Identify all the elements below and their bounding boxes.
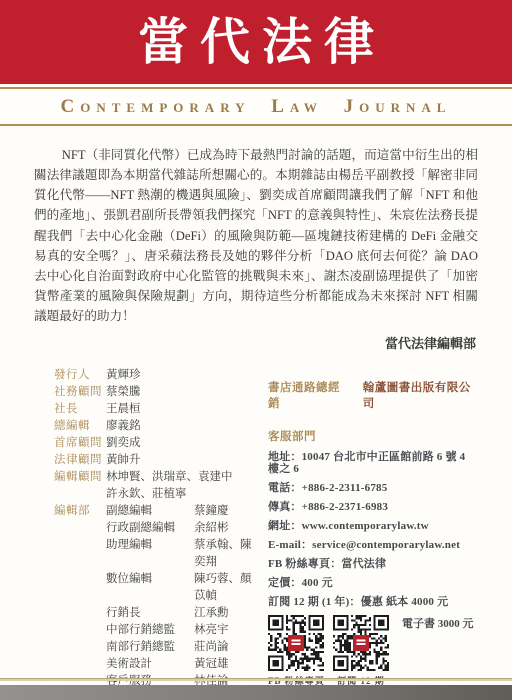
service-column: 書店通路總經銷 翰蘆圖書出版有限公司 客服部門 地址：10047 台北市中正區館…	[260, 367, 478, 700]
staff-value: 劉奕成	[106, 435, 260, 452]
dept-name: 蔡鐘慶	[194, 503, 229, 520]
dept-role: 行政副總編輯	[106, 520, 194, 537]
editorial-dept-rows: 副總編輯 蔡鐘慶 行政副總編輯 余紹彬 助理編輯 蔡承翰、陳奕翔 數位編輯 陳巧…	[106, 503, 260, 690]
magazine-colophon-page: { "colors": { "brand_red": "#c01f2e", "g…	[0, 0, 512, 700]
service-ebook-price: 電子書 3000 元	[402, 615, 474, 631]
dept-row: 行政副總編輯 余紹彬	[106, 520, 260, 537]
page-body: NFT（非同質化代幣）已成為時下最熱門討論的話題，而這當中衍生出的相關法律議題即…	[0, 126, 512, 700]
editorial-signature: 當代法律編輯部	[34, 333, 476, 352]
service-dept-heading: 客服部門	[268, 428, 478, 444]
staff-label: 社長	[54, 401, 106, 418]
journal-subtitle-strip: Contemporary Law Journal	[0, 87, 512, 126]
dept-row: 美術設計 黃冠雄	[106, 656, 260, 673]
staff-label	[54, 486, 106, 503]
editorial-intro-paragraph: NFT（非同質化代幣）已成為時下最熱門討論的話題，而這當中衍生出的相關法律議題即…	[34, 145, 478, 326]
staff-row-president: 社長 王晨桓	[54, 401, 260, 418]
staff-value: 蔡榮騰	[106, 384, 260, 401]
staff-value: 黃帥升	[106, 452, 260, 469]
staff-value: 林坤賢、洪瑞章、袁建中	[106, 469, 260, 486]
dept-row: 南部行銷總監 莊尚論	[106, 639, 260, 656]
qr-code-row: FB 粉絲專頁 訂閱 12 期 電子書 3000 元	[268, 615, 478, 687]
staff-label: 發行人	[54, 367, 106, 384]
staff-row-affairs-advisor: 社務顧問 蔡榮騰	[54, 384, 260, 401]
staff-row-editorial-advisors: 編輯顧問 林坤賢、洪瑞章、袁建中	[54, 469, 260, 486]
dept-name: 江承勳	[194, 605, 229, 622]
qr-block-facebook: FB 粉絲專頁	[268, 615, 324, 687]
service-subscription-price: 訂閱 12 期 (1 年)：優惠 紙本 4000 元	[268, 596, 478, 608]
qr-block-subscribe: 訂閱 12 期	[333, 615, 389, 687]
staff-value: 黃輝珍	[106, 367, 260, 384]
dept-name: 余紹彬	[194, 520, 229, 537]
service-list-price: 定價：400 元	[268, 577, 478, 589]
staff-value: 許永欽、莊植寧	[106, 486, 260, 503]
dept-name: 莊尚論	[194, 639, 229, 656]
footer-gray-bar	[0, 685, 512, 700]
dept-role: 行銷長	[106, 605, 194, 622]
dept-role: 助理編輯	[106, 537, 194, 571]
dept-name: 黃冠雄	[194, 656, 229, 673]
dept-role: 南部行銷總監	[106, 639, 194, 656]
staff-row-editor-in-chief: 總編輯 廖義銘	[54, 418, 260, 435]
dept-row: 數位編輯 陳巧蓉、顏苡幀	[106, 571, 260, 605]
staff-row-editorial-advisors-cont: 許永欽、莊植寧	[54, 486, 260, 503]
footer-gold-rule	[0, 678, 512, 681]
dept-row: 中部行銷總監 林亮宇	[106, 622, 260, 639]
dept-role: 中部行銷總監	[106, 622, 194, 639]
qr-code-subscribe	[333, 615, 389, 671]
dept-role: 副總編輯	[106, 503, 194, 520]
dept-role: 數位編輯	[106, 571, 194, 605]
masthead-banner: 當代法律	[0, 0, 512, 84]
staff-label: 編輯部	[54, 503, 106, 690]
dept-role: 美術設計	[106, 656, 194, 673]
distribution-company: 翰蘆圖書出版有限公司	[363, 379, 478, 411]
staff-row-chief-advisor: 首席顧問 劉奕成	[54, 435, 260, 452]
dept-name: 蔡承翰、陳奕翔	[194, 537, 260, 571]
service-fax: 傳真：+886-2-2371-6983	[268, 501, 478, 513]
dept-row: 助理編輯 蔡承翰、陳奕翔	[106, 537, 260, 571]
staff-list: 發行人 黃輝珍 社務顧問 蔡榮騰 社長 王晨桓 總編輯 廖義銘 首席顧問 劉奕成…	[34, 367, 260, 700]
staff-value: 廖義銘	[106, 418, 260, 435]
service-phone: 電話：+886-2-2311-6785	[268, 482, 478, 494]
distribution-label: 書店通路總經銷	[268, 379, 349, 411]
staff-row-publisher: 發行人 黃輝珍	[54, 367, 260, 384]
service-fb-page: FB 粉絲專頁：當代法律	[268, 558, 478, 570]
staff-label: 首席顧問	[54, 435, 106, 452]
staff-label: 編輯顧問	[54, 469, 106, 486]
service-website: 網址：www.contemporarylaw.tw	[268, 520, 478, 532]
service-email: E-mail：service@contemporarylaw.net	[268, 539, 478, 551]
staff-row-legal-advisor: 法律顧問 黃帥升	[54, 452, 260, 469]
distribution-row: 書店通路總經銷 翰蘆圖書出版有限公司	[268, 379, 478, 411]
journal-subtitle: Contemporary Law Journal	[61, 96, 452, 117]
dept-name: 林亮宇	[194, 622, 229, 639]
masthead-columns: 發行人 黃輝珍 社務顧問 蔡榮騰 社長 王晨桓 總編輯 廖義銘 首席顧問 劉奕成…	[34, 367, 478, 700]
dept-row: 行銷長 江承勳	[106, 605, 260, 622]
qr-code-facebook	[268, 615, 324, 671]
staff-label: 總編輯	[54, 418, 106, 435]
journal-title: 當代法律	[126, 17, 386, 67]
staff-row-editorial-dept: 編輯部 副總編輯 蔡鐘慶 行政副總編輯 余紹彬 助理編輯 蔡承翰、陳奕翔	[54, 503, 260, 690]
staff-label: 社務顧問	[54, 384, 106, 401]
staff-label: 法律顧問	[54, 452, 106, 469]
staff-value: 王晨桓	[106, 401, 260, 418]
service-address: 地址：10047 台北市中正區館前路 6 號 4 樓之 6	[268, 451, 478, 475]
dept-name: 陳巧蓉、顏苡幀	[194, 571, 260, 605]
dept-row: 副總編輯 蔡鐘慶	[106, 503, 260, 520]
